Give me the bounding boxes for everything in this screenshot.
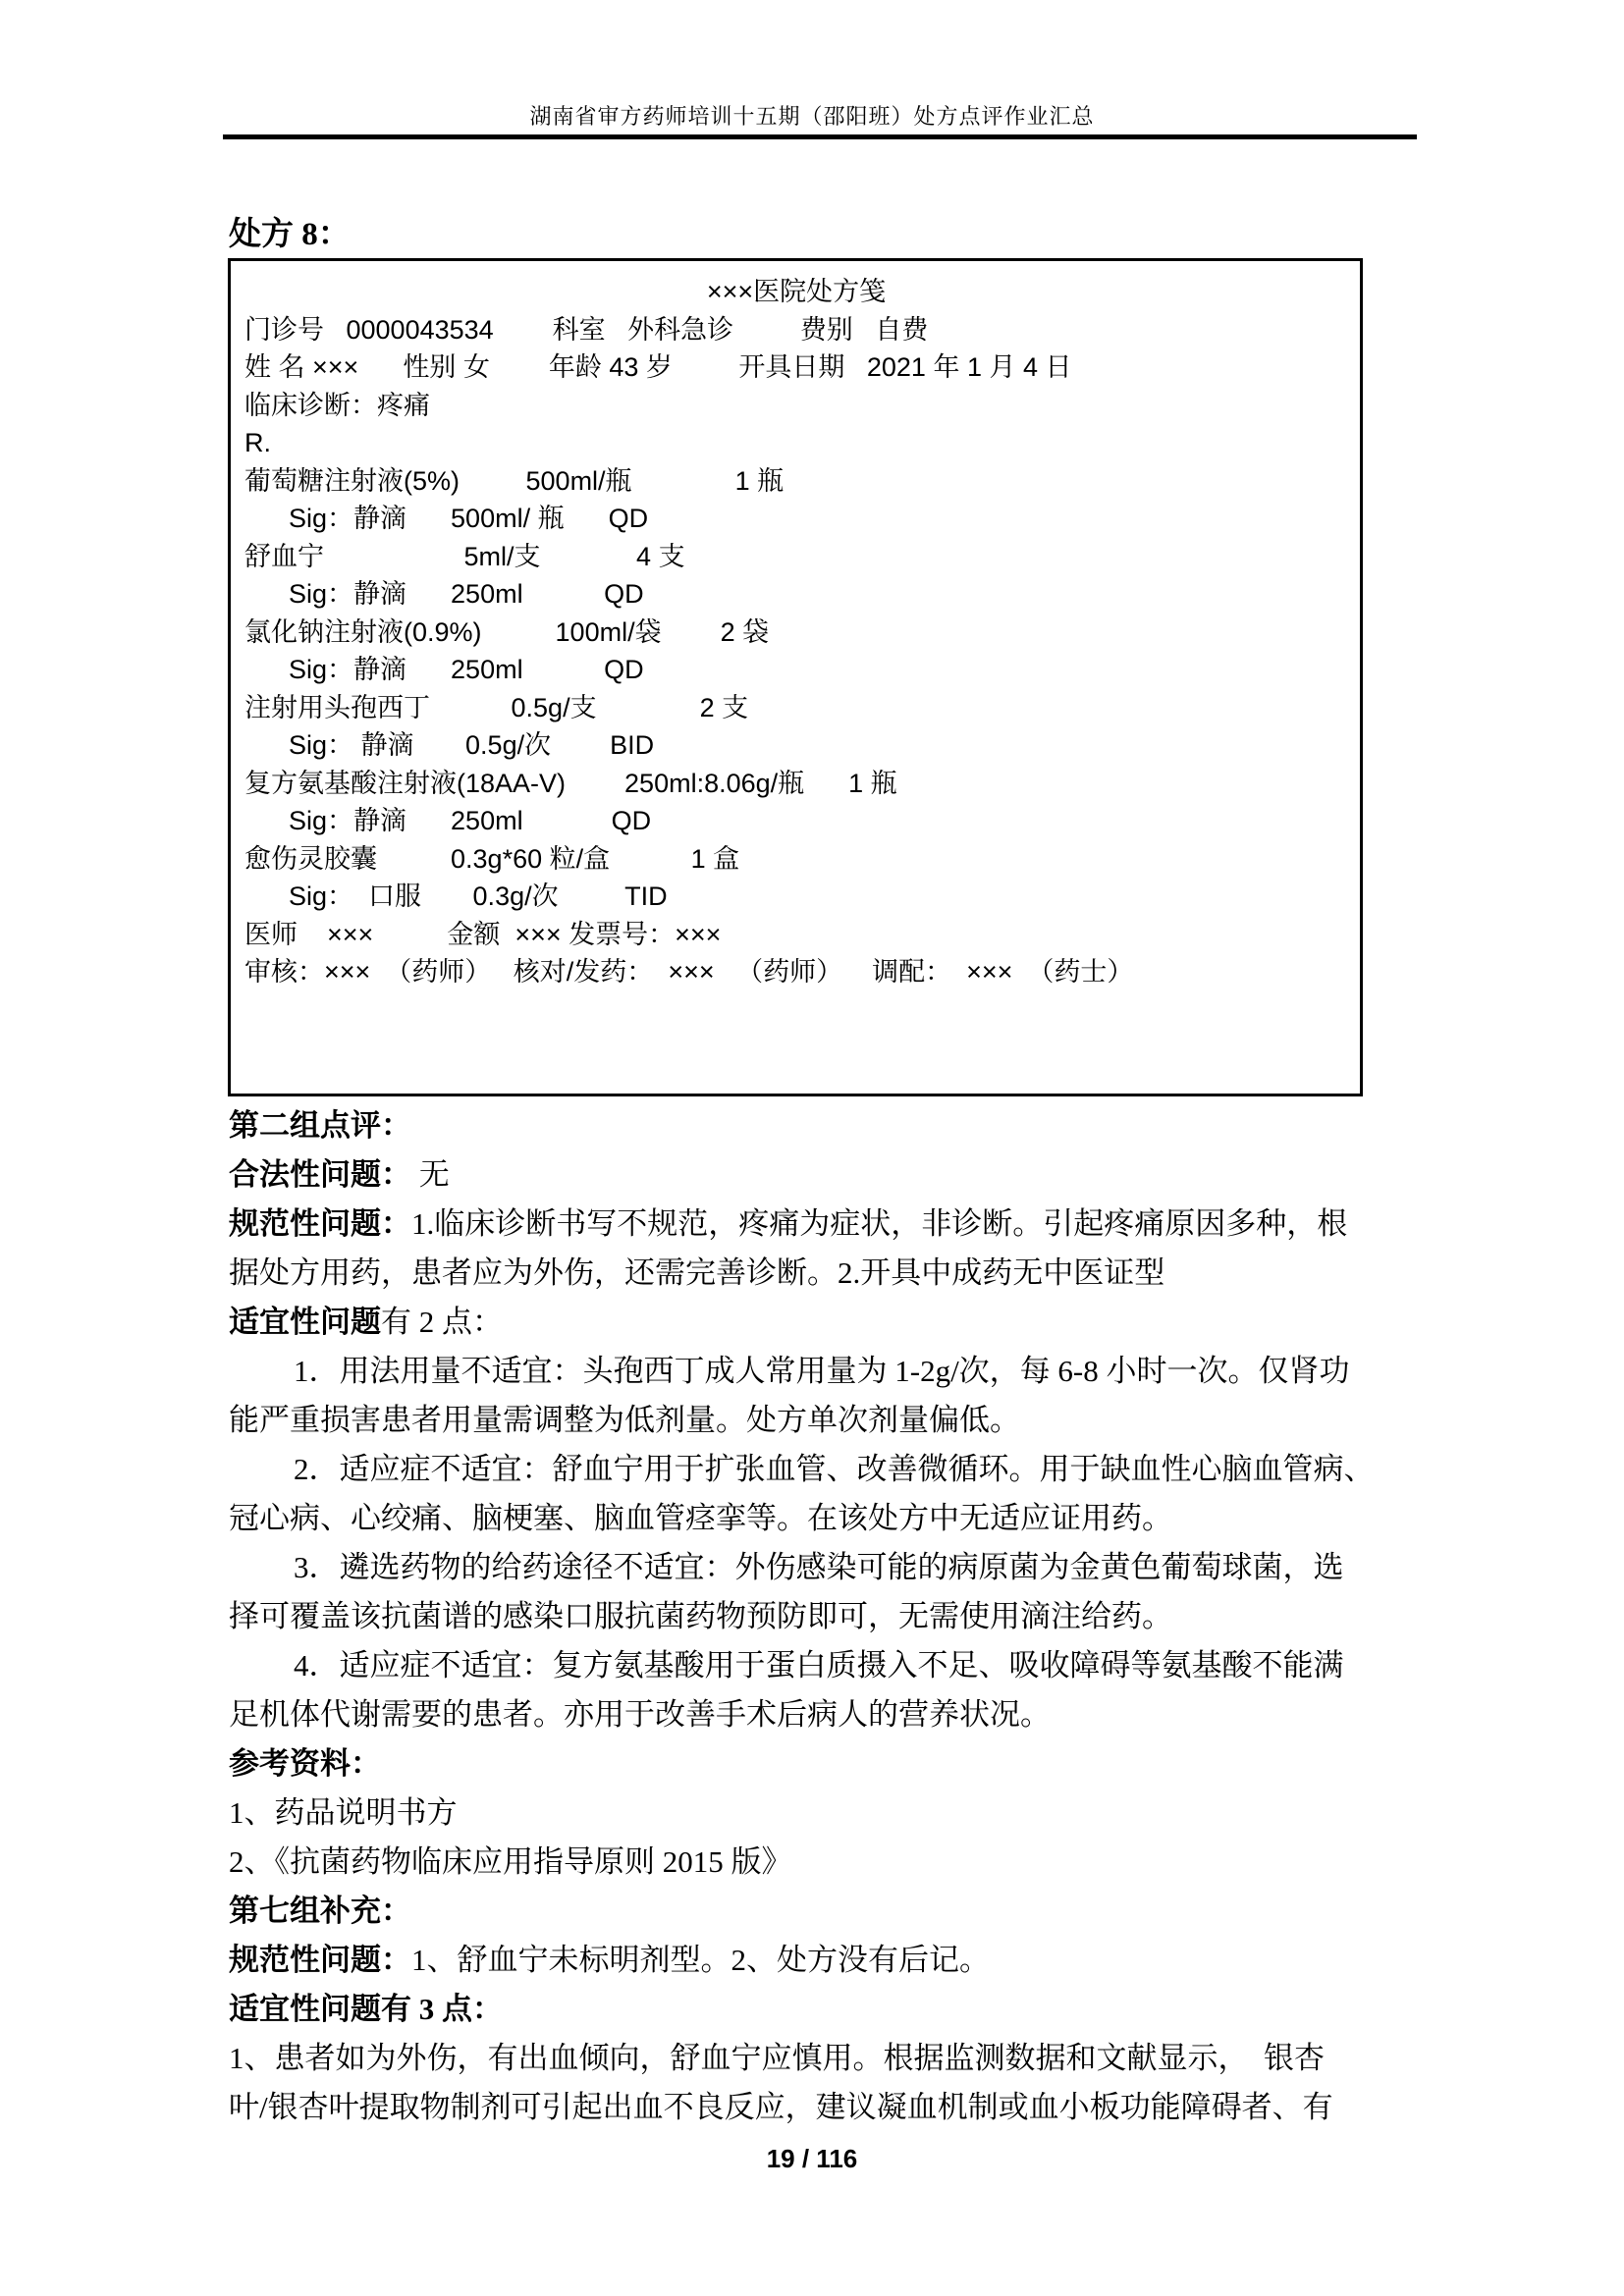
review-text: 能严重损害患者用量需调整为低剂量。处方单次剂量偏低。 [229,1403,1020,1437]
review-label: 第二组点评： [229,1108,411,1143]
review-line: 第二组点评： [229,1101,1407,1150]
review-line: 合法性问题： 无 [229,1150,1407,1200]
prescription-box: ×××医院处方笺 门诊号 0000043534 科室 外科急诊 费别 自费姓 名… [228,258,1363,1096]
prescription-line: 门诊号 0000043534 科室 外科急诊 费别 自费 [244,311,1348,349]
section-title: 处方 8： [229,208,351,254]
review-line: 1．用法用量不适宜：头孢西丁成人常用量为 1-2g/次，每 6-8 小时一次。仅… [229,1347,1407,1396]
review-label: 适宜性问题 [229,1305,381,1339]
prescription-line: 愈伤灵胶囊 0.3g*60 粒/盒 1 盒 [244,840,1348,879]
prescription-line: 临床诊断：疼痛 [244,387,1348,425]
review-line: 规范性问题：1、舒血宁未标明剂型。2、处方没有后记。 [229,1936,1407,1985]
prescription-line: Sig：静滴 500ml/ 瓶 QD [244,500,1348,538]
review-text: 1、药品说明书方 [229,1795,458,1830]
review-text: 2、《抗菌药物临床应用指导原则 2015 版》 [229,1844,792,1879]
prescription-line: Sig： 静滴 0.5g/次 BID [244,726,1348,765]
review-line: 叶/银杏叶提取物制剂可引起出血不良反应，建议凝血机制或血小板功能障碍者、有 [229,2083,1407,2132]
review-line: 2、《抗菌药物临床应用指导原则 2015 版》 [229,1838,1407,1887]
review-line: 能严重损害患者用量需调整为低剂量。处方单次剂量偏低。 [229,1396,1407,1445]
review-text: 足机体代谢需要的患者。亦用于改善手术后病人的营养状况。 [229,1697,1051,1732]
document-page: 湖南省审方药师培训十五期（邵阳班）处方点评作业汇总 处方 8： ×××医院处方笺… [0,0,1624,2296]
review-line: 规范性问题：1.临床诊断书写不规范，疼痛为症状，非诊断。引起疼痛原因多种，根 [229,1200,1407,1249]
prescription-line: 审核：××× （药师） 核对/发药： ××× （药师） 调配： ××× （药士） [244,953,1348,991]
review-text: 无 [411,1157,450,1192]
prescription-line: 医师 ××× 金额 ××× 发票号：××× [244,916,1348,954]
prescription-line: R. [244,424,1348,462]
prescription-line: 姓 名 ××× 性别 女 年龄 43 岁 开具日期 2021 年 1 月 4 日 [244,348,1348,387]
review-label: 参考资料： [229,1746,381,1781]
review-text: 4．适应症不适宜：复方氨基酸用于蛋白质摄入不足、吸收障碍等氨基酸不能满 [294,1648,1344,1682]
prescription-line: Sig：静滴 250ml QD [244,575,1348,614]
review-line: 适宜性问题有 2 点： [229,1298,1407,1347]
review-text: 择可覆盖该抗菌谱的感染口服抗菌药物预防即可，无需使用滴注给药。 [229,1599,1172,1633]
review-line: 4．适应症不适宜：复方氨基酸用于蛋白质摄入不足、吸收障碍等氨基酸不能满 [229,1641,1407,1690]
prescription-line: Sig： 口服 0.3g/次 TID [244,878,1348,916]
prescription-line: 舒血宁 5ml/支 4 支 [244,538,1348,576]
review-line: 3．遴选药物的给药途径不适宜：外伤感染可能的病原菌为金黄色葡萄球菌，选 [229,1543,1407,1592]
review-line: 冠心病、心绞痛、脑梗塞、脑血管痉挛等。在该处方中无适应证用药。 [229,1494,1407,1543]
review-label: 第七组补充： [229,1894,411,1928]
review-line: 据处方用药，患者应为外伤，还需完善诊断。2.开具中成药无中医证型 [229,1249,1407,1298]
review-text: 2．适应症不适宜：舒血宁用于扩张血管、改善微循环。用于缺血性心脑血管病、 [294,1452,1375,1486]
review-text: 1.临床诊断书写不规范，疼痛为症状，非诊断。引起疼痛原因多种，根 [411,1206,1347,1241]
review-line: 参考资料： [229,1739,1407,1789]
review-section: 第二组点评：合法性问题： 无规范性问题：1.临床诊断书写不规范，疼痛为症状，非诊… [229,1101,1407,2132]
header-divider [223,134,1417,139]
review-text: 3．遴选药物的给药途径不适宜：外伤感染可能的病原菌为金黄色葡萄球菌，选 [294,1550,1344,1584]
prescription-line: 氯化钠注射液(0.9%) 100ml/袋 2 袋 [244,614,1348,652]
review-text: 1、舒血宁未标明剂型。2、处方没有后记。 [411,1943,990,1977]
review-line: 1、患者如为外伤，有出血倾向，舒血宁应慎用。根据监测数据和文献显示， 银杏 [229,2034,1407,2083]
review-text: 据处方用药，患者应为外伤，还需完善诊断。2.开具中成药无中医证型 [229,1255,1164,1290]
page-number: 19 / 116 [0,2144,1624,2174]
review-label: 适宜性问题有 3 点： [229,1992,503,2026]
review-text: 有 2 点： [381,1305,503,1339]
review-line: 足机体代谢需要的患者。亦用于改善手术后病人的营养状况。 [229,1690,1407,1739]
prescription-line: 注射用头孢西丁 0.5g/支 2 支 [244,689,1348,727]
review-line: 择可覆盖该抗菌谱的感染口服抗菌药物预防即可，无需使用滴注给药。 [229,1592,1407,1641]
review-text: 叶/银杏叶提取物制剂可引起出血不良反应，建议凝血机制或血小板功能障碍者、有 [229,2090,1333,2124]
prescription-line: Sig：静滴 250ml QD [244,802,1348,840]
review-label: 合法性问题： [229,1157,411,1192]
prescription-lines: 门诊号 0000043534 科室 外科急诊 费别 自费姓 名 ××× 性别 女… [244,311,1348,991]
document-header-title: 湖南省审方药师培训十五期（邵阳班）处方点评作业汇总 [0,100,1624,131]
review-line: 2．适应症不适宜：舒血宁用于扩张血管、改善微循环。用于缺血性心脑血管病、 [229,1445,1407,1494]
prescription-line: 复方氨基酸注射液(18AA-V) 250ml:8.06g/瓶 1 瓶 [244,765,1348,803]
review-text: 1．用法用量不适宜：头孢西丁成人常用量为 1-2g/次，每 6-8 小时一次。仅… [294,1354,1350,1388]
prescription-title: ×××医院处方笺 [244,273,1348,311]
review-line: 适宜性问题有 3 点： [229,1985,1407,2034]
prescription-line: 葡萄糖注射液(5%) 500ml/瓶 1 瓶 [244,462,1348,501]
prescription-line: Sig：静滴 250ml QD [244,651,1348,689]
review-line: 第七组补充： [229,1887,1407,1936]
review-text: 冠心病、心绞痛、脑梗塞、脑血管痉挛等。在该处方中无适应证用药。 [229,1501,1172,1535]
review-label: 规范性问题： [229,1206,411,1241]
review-label: 规范性问题： [229,1943,411,1977]
review-line: 1、药品说明书方 [229,1789,1407,1838]
review-text: 1、患者如为外伤，有出血倾向，舒血宁应慎用。根据监测数据和文献显示， 银杏 [229,2041,1325,2075]
